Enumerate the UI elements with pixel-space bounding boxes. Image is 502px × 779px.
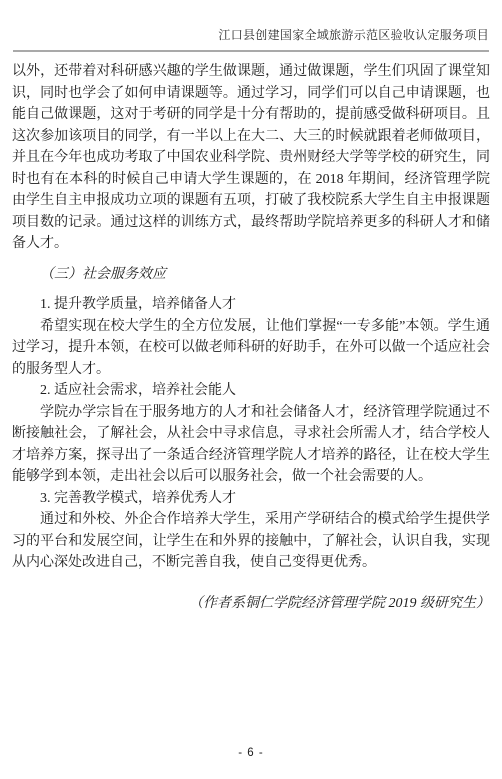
document-body: 以外，还带着对科研感兴趣的学生做课题，通过做课题，学生们巩固了课堂知识，同时也学… — [12, 61, 490, 614]
paragraph-continuation: 以外，还带着对科研感兴趣的学生做课题，通过做课题，学生们巩固了课堂知识，同时也学… — [12, 61, 490, 255]
item-1-body: 希望实现在校大学生的全方位发展，让他们掌握“一专多能”本领。学生通过学习，提升本… — [12, 316, 490, 381]
item-2-body: 学院办学宗旨在于服务地方的人才和社会储备人才，经济管理学院通过不断接触社会，了解… — [12, 402, 490, 488]
item-3-heading: 3. 完善教学模式，培养优秀人才 — [12, 488, 490, 510]
section-heading: （三）社会服务效应 — [12, 264, 490, 286]
header-rule — [13, 50, 489, 52]
page-number: - 6 - — [238, 747, 263, 759]
item-1-heading: 1. 提升教学质量，培养储备人才 — [12, 294, 490, 316]
item-3-body: 通过和外校、外企合作培养大学生，采用产学研结合的模式给学生提供学习的平台和发展空… — [12, 509, 490, 574]
author-note: （作者系铜仁学院经济管理学院 2019 级研究生） — [12, 593, 490, 615]
document-page: 江口县创建国家全域旅游示范区验收认定服务项目 以外，还带着对科研感兴趣的学生做课… — [0, 0, 502, 779]
item-2-heading: 2. 适应社会需求，培养社会能人 — [12, 380, 490, 402]
page-footer: - 6 - — [0, 747, 502, 759]
header-title: 江口县创建国家全域旅游示范区验收认定服务项目 — [13, 28, 489, 42]
